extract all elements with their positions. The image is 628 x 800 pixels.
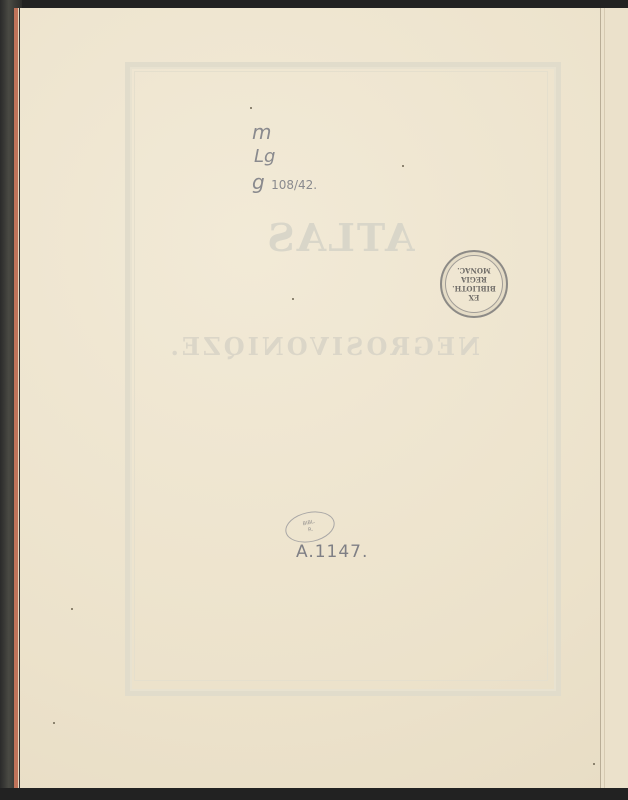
cover-top bbox=[0, 0, 628, 8]
stamp-line: REGIA bbox=[461, 275, 487, 284]
stamp-line: R. bbox=[308, 526, 314, 534]
library-stamp-icon: EX BIBLIOTH. REGIA MONAC. bbox=[440, 250, 508, 318]
pencil-mark-shelf: g 108/42. bbox=[252, 170, 317, 194]
shelfmark: A.1147. bbox=[296, 542, 368, 562]
bleed-through-title: ATLAS bbox=[250, 215, 430, 260]
paper-speck bbox=[250, 107, 252, 109]
stamp-line: EX bbox=[469, 293, 480, 302]
paper-speck bbox=[71, 608, 73, 610]
paper-speck bbox=[292, 298, 294, 300]
decorative-frame-inner bbox=[134, 71, 548, 681]
pencil-mark: m bbox=[252, 120, 271, 144]
pencil-number: 108/42. bbox=[271, 178, 317, 192]
red-page-edge bbox=[14, 8, 19, 792]
paper-speck bbox=[402, 165, 404, 167]
page-edge-right bbox=[600, 8, 628, 789]
pencil-mark: Lg bbox=[254, 146, 275, 167]
stamp-line: BIBLIOTH. bbox=[452, 284, 496, 293]
pencil-mark: g bbox=[252, 170, 265, 194]
bleed-through-subtitle: NEGROSIVONIQZE. bbox=[170, 332, 480, 361]
paper-speck bbox=[593, 763, 595, 765]
stamp-line: MONAC. bbox=[457, 266, 491, 275]
paper-speck bbox=[53, 722, 55, 724]
cover-bottom bbox=[0, 788, 628, 800]
